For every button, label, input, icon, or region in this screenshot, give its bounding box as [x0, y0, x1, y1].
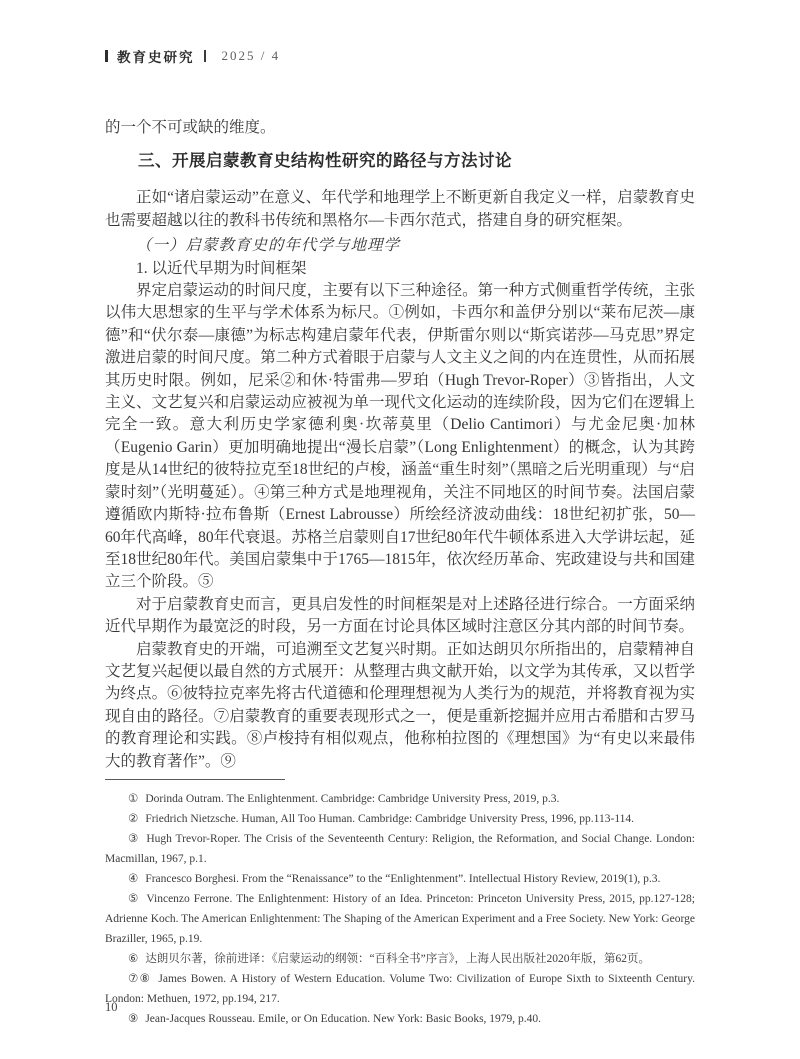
- footnote-6: ⑥达朗贝尔著，徐前进译：《启蒙运动的纲领：“百科全书”序言》，上海人民出版社20…: [105, 949, 695, 969]
- paragraph-synthesis: 对于启蒙教育史而言，更具启发性的时间框架是对上述路径进行综合。一方面采纳近代早期…: [105, 594, 695, 639]
- journal-header: 教育史研究 2025 / 4: [105, 48, 695, 64]
- footnote-2: ②Friedrich Nietzsche. Human, All Too Hum…: [105, 809, 695, 829]
- paragraph-time-scale: 界定启蒙运动的时间尺度，主要有以下三种途径。第一种方式侧重哲学传统，主张以伟大思…: [105, 280, 695, 594]
- footnote-marker: ③: [128, 833, 139, 845]
- footnote-1: ①Dorinda Outram. The Enlightenment. Camb…: [105, 789, 695, 809]
- footnote-text: Vincenzo Ferrone. The Enlightenment: His…: [105, 893, 695, 945]
- footnote-text: Jean-Jacques Rousseau. Emile, or On Educ…: [145, 1013, 541, 1025]
- header-bar-right-icon: [204, 50, 206, 62]
- footnote-text: James Bowen. A History of Western Educat…: [105, 973, 695, 1005]
- point-heading: 1. 以近代早期为时间框架: [105, 258, 695, 280]
- footnote-7-8: ⑦⑧James Bowen. A History of Western Educ…: [105, 969, 695, 1009]
- footnote-marker: ⑦⑧: [128, 973, 151, 985]
- footnote-marker: ④: [128, 873, 138, 885]
- footnote-text: Francesco Borghesi. From the “Renaissanc…: [145, 873, 660, 885]
- footnote-marker: ①: [128, 793, 138, 805]
- issue-label: 2025 / 4: [222, 48, 281, 64]
- footnote-marker: ⑤: [128, 893, 139, 905]
- footnote-marker: ⑥: [128, 953, 138, 965]
- document-page: 教育史研究 2025 / 4 的一个不可或缺的维度。 三、开展启蒙教育史结构性研…: [0, 0, 800, 1059]
- footnote-4: ④Francesco Borghesi. From the “Renaissan…: [105, 869, 695, 889]
- footnote-5: ⑤Vincenzo Ferrone. The Enlightenment: Hi…: [105, 889, 695, 949]
- page-number: 10: [105, 1000, 118, 1015]
- journal-title: 教育史研究: [117, 46, 195, 66]
- footnote-3: ③Hugh Trevor-Roper. The Crisis of the Se…: [105, 829, 695, 869]
- article-body: 的一个不可或缺的维度。 三、开展启蒙教育史结构性研究的路径与方法讨论 正如“诸启…: [105, 117, 695, 773]
- carryover-paragraph: 的一个不可或缺的维度。: [105, 117, 695, 139]
- section-heading: 三、开展启蒙教育史结构性研究的路径与方法讨论: [105, 150, 695, 173]
- paragraph-origins: 启蒙教育史的开端，可追溯至文艺复兴时期。正如达朗贝尔所指出的，启蒙精神自文艺复兴…: [105, 639, 695, 773]
- footnote-9: ⑨Jean-Jacques Rousseau. Emile, or On Edu…: [105, 1009, 695, 1029]
- footnote-text: Friedrich Nietzsche. Human, All Too Huma…: [145, 813, 634, 825]
- footnote-marker: ②: [128, 813, 138, 825]
- footnote-text: Dorinda Outram. The Enlightenment. Cambr…: [145, 793, 559, 805]
- footnote-divider: [105, 779, 285, 780]
- header-bar-left-icon: [105, 50, 108, 62]
- paragraph-intro: 正如“诸启蒙运动”在意义、年代学和地理学上不断更新自我定义一样，启蒙教育史也需要…: [105, 187, 695, 232]
- footnote-marker: ⑨: [128, 1013, 138, 1025]
- footnotes-section: ①Dorinda Outram. The Enlightenment. Camb…: [105, 789, 695, 1029]
- footnote-text: Hugh Trevor-Roper. The Crisis of the Sev…: [105, 833, 695, 865]
- footnote-text: 达朗贝尔著，徐前进译：《启蒙运动的纲领：“百科全书”序言》，上海人民出版社202…: [145, 953, 650, 965]
- subsection-heading: （一）启蒙教育史的年代学与地理学: [105, 235, 695, 257]
